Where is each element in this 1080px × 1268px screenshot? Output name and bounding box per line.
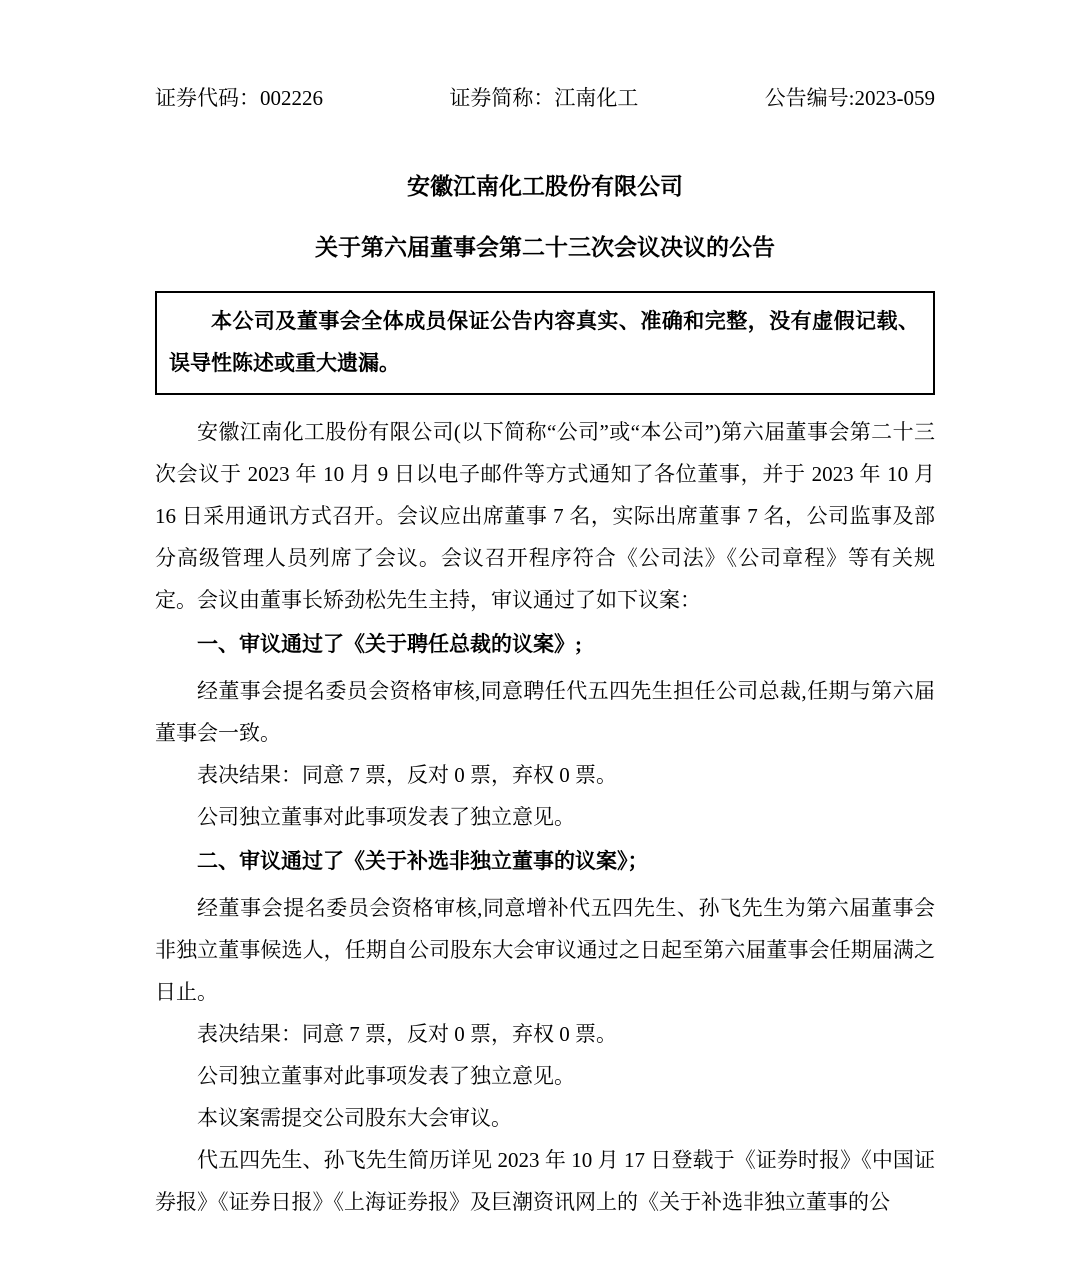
resume-reference-paragraph: 代五四先生、孙飞先生简历详见 2023 年 10 月 17 日登载于《证券时报》…	[155, 1139, 935, 1223]
resolution-2-content: 经董事会提名委员会资格审核,同意增补代五四先生、孙飞先生为第六届董事会非独立董事…	[155, 887, 935, 1013]
resolution-2-independent-opinion: 公司独立董事对此事项发表了独立意见。	[155, 1055, 935, 1097]
resolution-2-vote-result: 表决结果：同意 7 票，反对 0 票，弃权 0 票。	[155, 1013, 935, 1055]
meeting-convening-paragraph: 安徽江南化工股份有限公司(以下简称“公司”或“本公司”)第六届董事会第二十三次会…	[155, 411, 935, 621]
document-body: 证券代码：002226 证券简称：江南化工 公告编号:2023-059 安徽江南…	[155, 84, 935, 1223]
announcement-text: 安徽江南化工股份有限公司(以下简称“公司”或“本公司”)第六届董事会第二十三次会…	[155, 411, 935, 1223]
stock-abbr: 证券简称：江南化工	[449, 84, 638, 112]
disclaimer-box: 本公司及董事会全体成员保证公告内容真实、准确和完整，没有虚假记载、误导性陈述或重…	[155, 291, 935, 395]
resolution-1-independent-opinion: 公司独立董事对此事项发表了独立意见。	[155, 796, 935, 838]
announcement-page: 证券代码：002226 证券简称：江南化工 公告编号:2023-059 安徽江南…	[0, 0, 1080, 1268]
shareholder-meeting-note: 本议案需提交公司股东大会审议。	[155, 1097, 935, 1139]
security-info-header: 证券代码：002226 证券简称：江南化工 公告编号:2023-059	[155, 84, 935, 112]
resolution-1-vote-result: 表决结果：同意 7 票，反对 0 票，弃权 0 票。	[155, 754, 935, 796]
resolution-1-content: 经董事会提名委员会资格审核,同意聘任代五四先生担任公司总裁,任期与第六届董事会一…	[155, 670, 935, 754]
announcement-title: 关于第六届董事会第二十三次会议决议的公告	[155, 233, 935, 263]
resolution-1-heading: 一、审议通过了《关于聘任总裁的议案》;	[155, 623, 935, 665]
disclaimer-text: 本公司及董事会全体成员保证公告内容真实、准确和完整，没有虚假记载、误导性陈述或重…	[169, 309, 919, 375]
company-name-title: 安徽江南化工股份有限公司	[155, 172, 935, 202]
announcement-number: 公告编号:2023-059	[765, 84, 935, 112]
resolution-2-heading: 二、审议通过了《关于补选非独立董事的议案》；	[155, 840, 935, 882]
stock-code: 证券代码：002226	[155, 84, 323, 112]
